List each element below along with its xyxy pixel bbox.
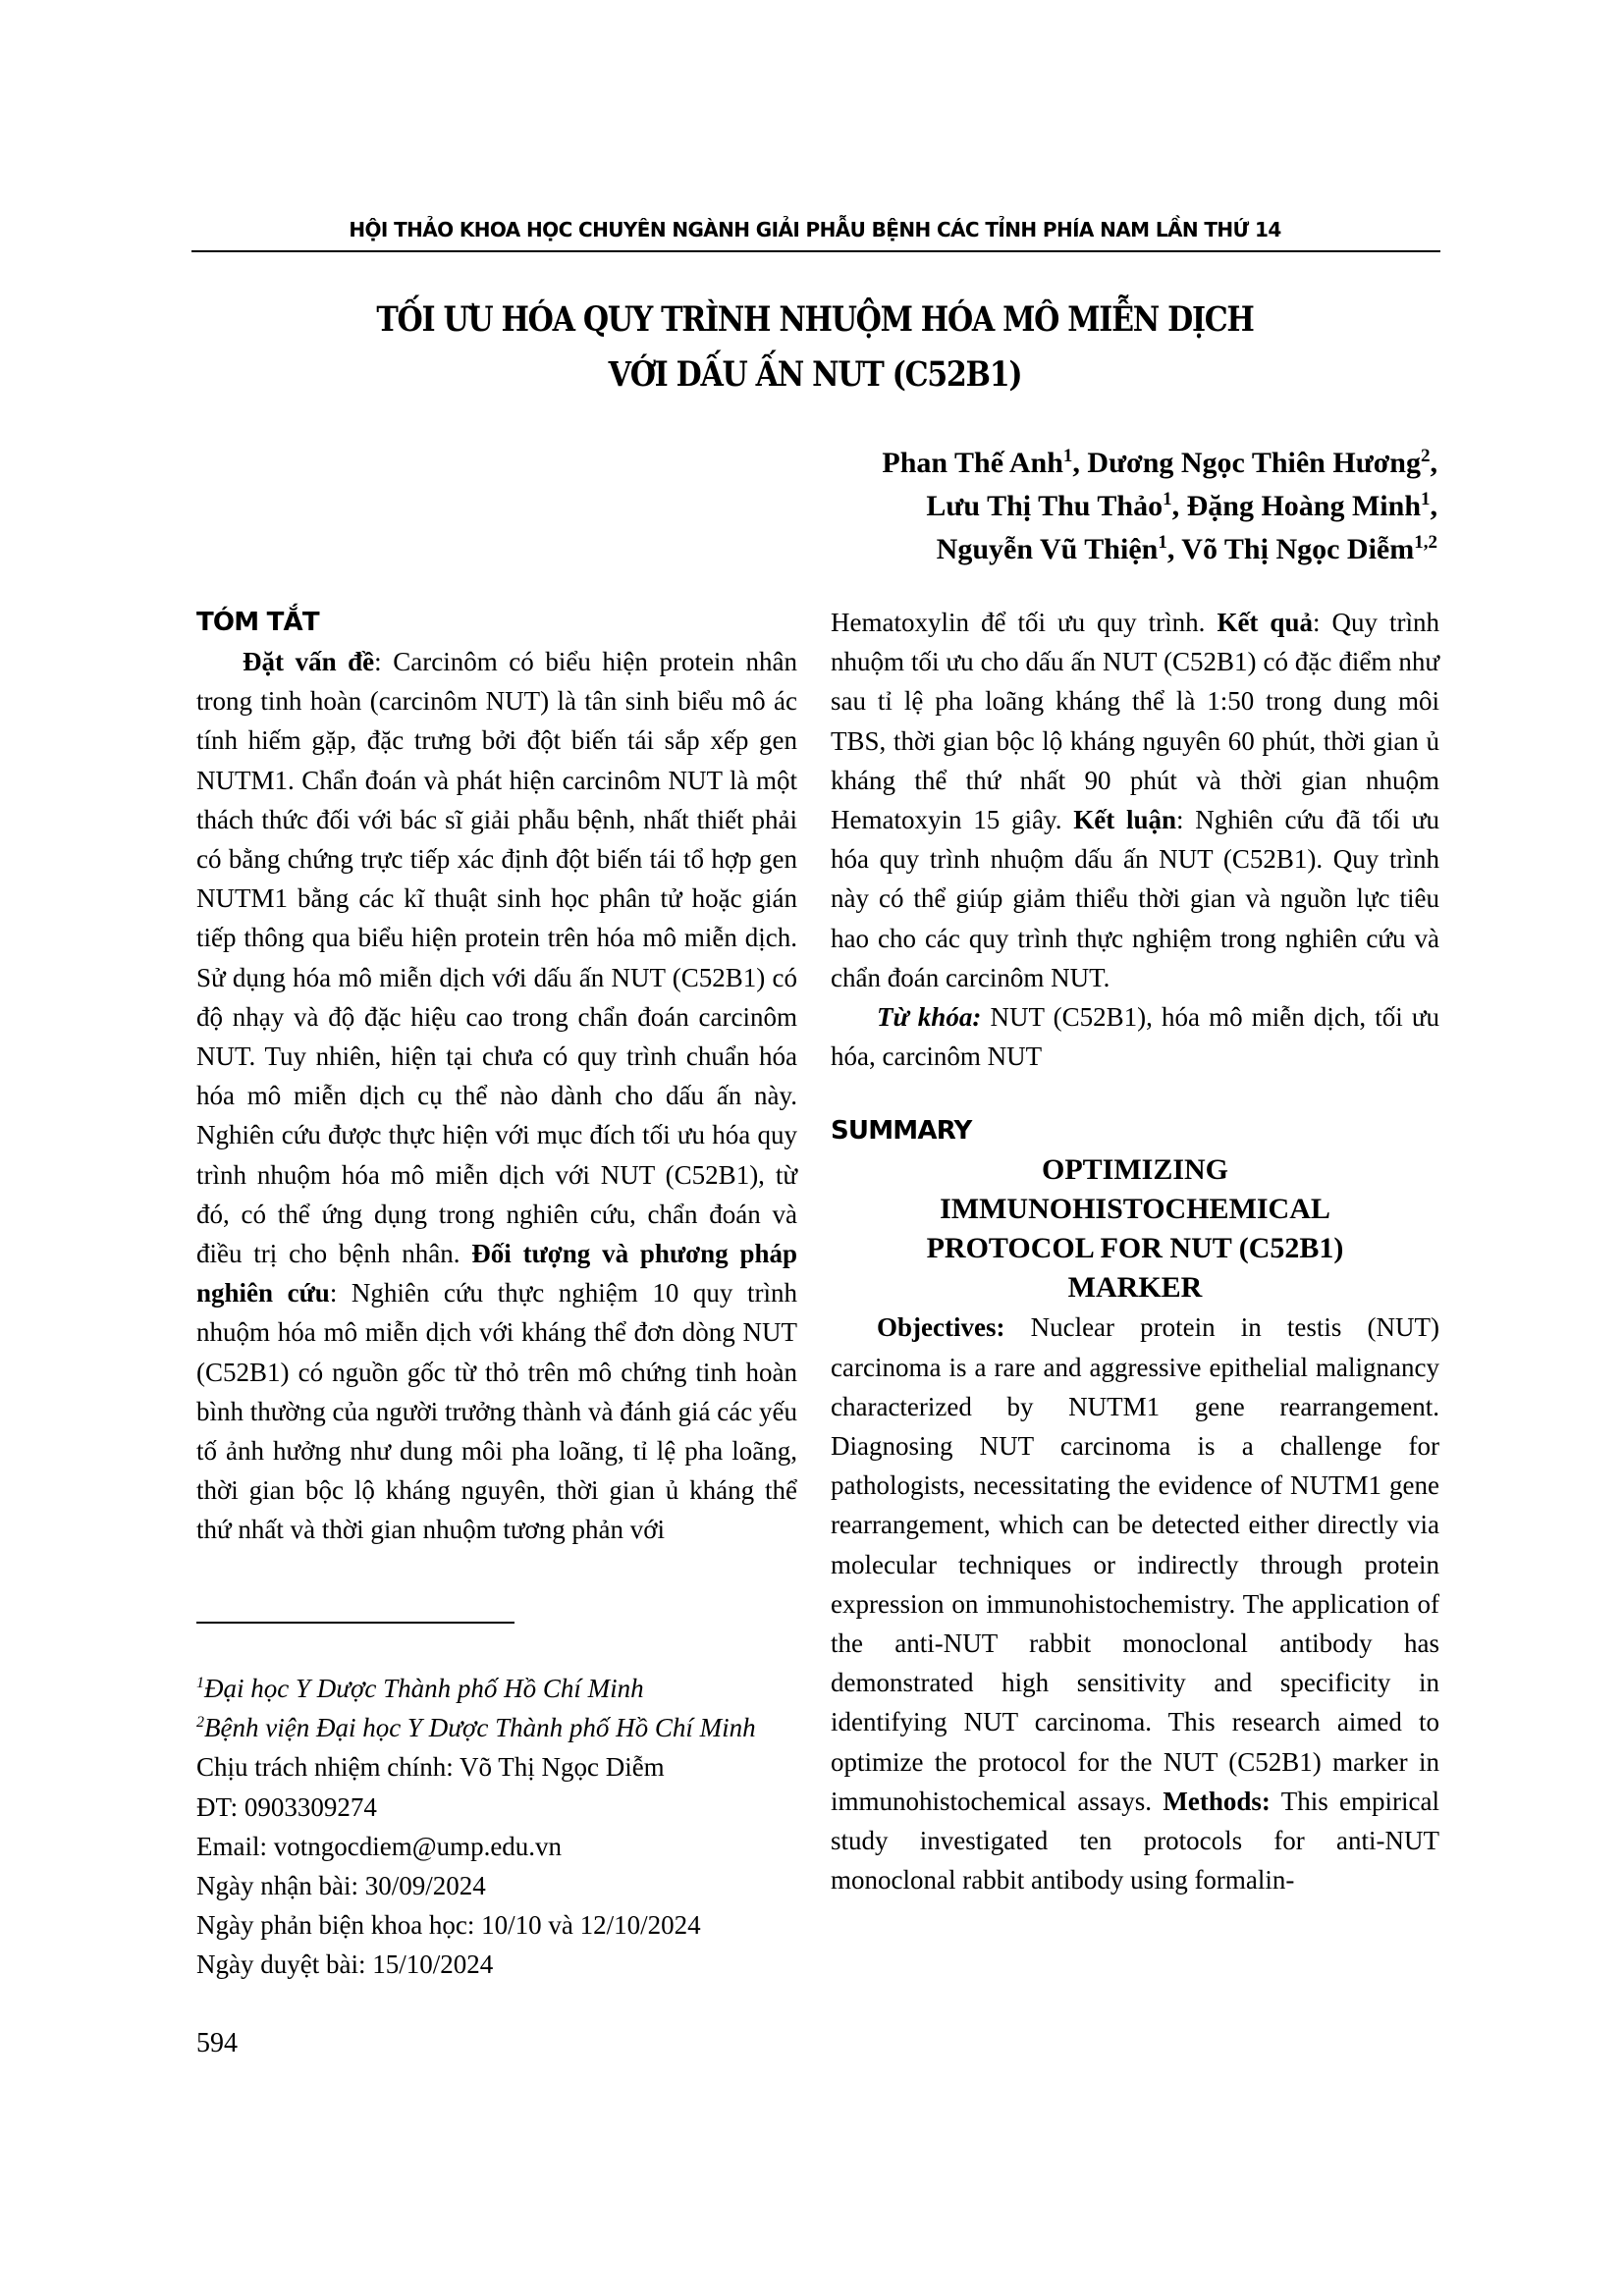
separator: , (1072, 447, 1087, 479)
paper-title: TỐI ƯU HÓA QUY TRÌNH NHUỘM HÓA MÔ MIỄN D… (279, 293, 1351, 402)
affiliation-mark: 2 (196, 1714, 204, 1731)
author-line-1: Phan Thế Anh1, Dương Ngọc Thiên Hương2, (882, 442, 1437, 485)
english-title: OPTIMIZING IMMUNOHISTOCHEMICAL PROTOCOL … (831, 1150, 1439, 1308)
left-column: TÓM TẮT Đặt vấn đề: Carcinôm có biểu hiệ… (196, 603, 797, 1550)
author-list: Phan Thế Anh1, Dương Ngọc Thiên Hương2, … (882, 442, 1437, 571)
background-text: : Carcinôm có biểu hiện protein nhân tro… (196, 647, 797, 1268)
english-title-line: MARKER (831, 1268, 1439, 1308)
conclusion-label: Kết luận (1073, 805, 1176, 834)
paper-page: HỘI THẢO KHOA HỌC CHUYÊN NGÀNH GIẢI PHẪU… (0, 0, 1624, 2296)
affiliation-mark: 1 (1163, 489, 1172, 509)
email: Email: votngocdiem@ump.edu.vn (196, 1827, 825, 1866)
affiliation-1: 1Đại học Y Dược Thành phố Hồ Chí Minh (196, 1669, 825, 1708)
abstract-vi-paragraph: Đặt vấn đề: Carcinôm có biểu hiện protei… (196, 642, 797, 1550)
author-name: Phan Thế Anh (882, 447, 1063, 479)
results-text: : Quy trình nhuộm tối ưu cho dấu ấn NUT … (831, 608, 1439, 834)
date-received: Ngày nhận bài: 30/09/2024 (196, 1866, 825, 1905)
keywords-label: Từ khóa: (877, 1002, 981, 1032)
affiliation-2: 2Bệnh viện Đại học Y Dược Thành phố Hồ C… (196, 1708, 825, 1747)
results-label: Kết quả (1217, 608, 1313, 637)
phone: ĐT: 0903309274 (196, 1788, 825, 1827)
separator: , (1431, 490, 1438, 522)
methods-label-en: Methods: (1163, 1787, 1271, 1816)
objectives-text: Nuclear protein in testis (NUT) carcinom… (831, 1312, 1439, 1815)
affiliation-mark: 2 (1421, 446, 1431, 466)
keywords-vi: Từ khóa: NUT (C52B1), hóa mô miễn dịch, … (831, 997, 1439, 1076)
author-name: Nguyễn Vũ Thiện (937, 533, 1159, 565)
background-label: Đặt vấn đề (243, 647, 374, 676)
title-line-1: TỐI ƯU HÓA QUY TRÌNH NHUỘM HÓA MÔ MIỄN D… (279, 293, 1351, 347)
affiliation-mark: 1 (196, 1675, 204, 1691)
affiliation-mark: 1 (1063, 446, 1073, 466)
corresponding-author: Chịu trách nhiệm chính: Võ Thị Ngọc Diễm (196, 1747, 825, 1787)
running-header: HỘI THẢO KHOA HỌC CHUYÊN NGÀNH GIẢI PHẪU… (191, 218, 1438, 241)
separator: , (1431, 447, 1438, 479)
date-accepted: Ngày duyệt bài: 15/10/2024 (196, 1945, 825, 1984)
abstract-heading-vi: TÓM TẮT (196, 603, 797, 642)
affiliation-mark: 1 (1421, 489, 1431, 509)
page-number: 594 (196, 2028, 238, 2059)
affiliation-text: Đại học Y Dược Thành phố Hồ Chí Minh (204, 1674, 644, 1703)
right-column: Hematoxylin để tối ưu quy trình. Kết quả… (831, 603, 1439, 1899)
author-name: Đặng Hoàng Minh (1187, 490, 1421, 522)
footnotes: 1Đại học Y Dược Thành phố Hồ Chí Minh 2B… (196, 1669, 825, 1985)
author-name: Võ Thị Ngọc Diễm (1181, 533, 1414, 565)
abstract-vi-continuation: Hematoxylin để tối ưu quy trình. Kết quả… (831, 603, 1439, 997)
methods-text-vi: : Nghiên cứu thực nghiệm 10 quy trình nh… (196, 1278, 797, 1544)
title-line-2: VỚI DẤU ẤN NUT (C52B1) (279, 347, 1351, 402)
methods-text-vi-continued: Hematoxylin để tối ưu quy trình. (831, 608, 1217, 637)
author-name: Lưu Thị Thu Thảo (926, 490, 1163, 522)
english-title-line: IMMUNOHISTOCHEMICAL (831, 1190, 1439, 1229)
affiliation-text: Bệnh viện Đại học Y Dược Thành phố Hồ Ch… (204, 1713, 756, 1742)
objectives-label: Objectives: (877, 1312, 1004, 1342)
header-rule (191, 250, 1440, 252)
affiliation-mark: 1,2 (1414, 532, 1437, 553)
english-title-line: OPTIMIZING (831, 1150, 1439, 1190)
separator: , (1167, 533, 1181, 565)
separator: , (1172, 490, 1187, 522)
author-line-2: Lưu Thị Thu Thảo1, Đặng Hoàng Minh1, (882, 485, 1437, 528)
abstract-heading-en: SUMMARY (831, 1111, 1439, 1150)
footnote-rule (196, 1622, 514, 1624)
author-name: Dương Ngọc Thiên Hương (1087, 447, 1421, 479)
affiliation-mark: 1 (1158, 532, 1167, 553)
date-reviewed: Ngày phản biện khoa học: 10/10 và 12/10/… (196, 1905, 825, 1945)
author-line-3: Nguyễn Vũ Thiện1, Võ Thị Ngọc Diễm1,2 (882, 528, 1437, 571)
english-title-line: PROTOCOL FOR NUT (C52B1) (831, 1229, 1439, 1268)
abstract-en-paragraph: Objectives: Nuclear protein in testis (N… (831, 1308, 1439, 1899)
